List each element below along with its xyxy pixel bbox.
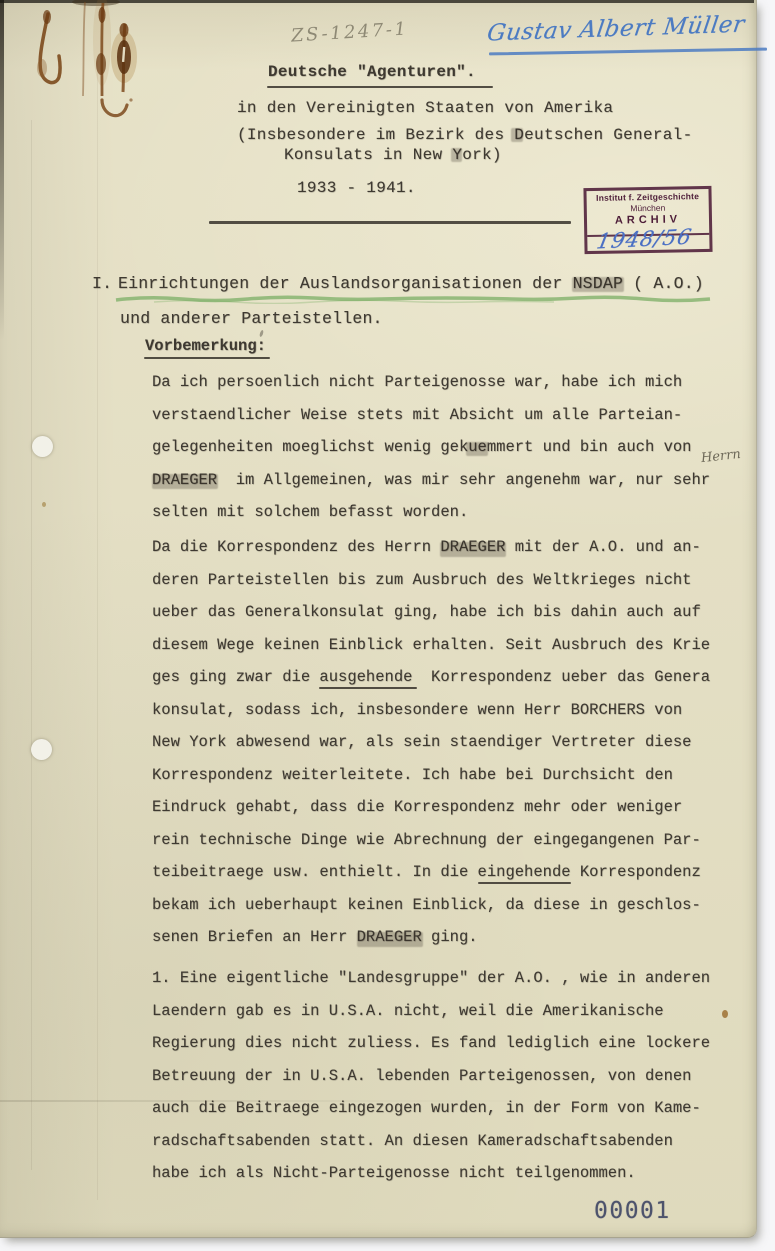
hole-punch-top	[32, 436, 53, 457]
paragraph-vorbemerkung-2: Da die Korrespondenz des Herrn DRAEGER m…	[152, 531, 710, 954]
stamp-line-institute: Institut f. Zeitgeschichte	[587, 191, 709, 203]
page-number-stamp: 00001	[594, 1198, 671, 1224]
paper-left-edge-shadow	[0, 0, 4, 340]
green-underline	[114, 294, 712, 304]
section-heading-line2: und anderer Parteistellen.	[120, 311, 383, 328]
date-range: 1933 - 1941.	[297, 180, 416, 196]
section-subheading: Vorbemerkung:	[145, 339, 266, 355]
paragraph-vorbemerkung-1: Da ich persoenlich nicht Parteigenosse w…	[152, 366, 710, 529]
archive-stamp: Institut f. Zeitgeschichte München ARCHI…	[583, 186, 712, 254]
title-underline	[267, 86, 493, 88]
paragraph-item-1: 1. Eine eigentliche "Landesgruppe" der A…	[152, 962, 710, 1190]
overstrike-smudge-gekuemmert	[466, 442, 488, 456]
fold-crease-vertical-2	[97, 60, 98, 1200]
title-divider-line	[209, 221, 571, 224]
overstrike-smudge-york	[451, 148, 462, 162]
subheading-underline	[144, 357, 270, 359]
stamp-line-city: München	[587, 202, 709, 214]
document-subtitle-line3: Konsulats in New York)	[284, 147, 502, 163]
overstrike-smudge-nsdap	[572, 277, 624, 292]
fold-crease-vertical-1	[31, 120, 32, 1170]
document-subtitle-line2: (Insbesondere im Bezirk des Deutschen Ge…	[237, 127, 692, 143]
section-numeral: I.	[92, 276, 112, 293]
scanned-document-page: ZS-1247-1 Gustav Albert Müller Deutsche …	[0, 0, 775, 1251]
underline-ausgehende	[319, 687, 417, 689]
hole-punch-bottom	[31, 739, 52, 760]
overstrike-smudge-draeger-3	[357, 932, 423, 947]
overstrike-smudge-deutschen	[511, 128, 523, 142]
overstrike-smudge-draeger-1	[152, 474, 218, 489]
paperclip-rust-stain	[28, 0, 140, 132]
document-subtitle-line1: in den Vereinigten Staaten von Amerika	[237, 100, 613, 116]
stain-speck-2	[42, 502, 46, 507]
stamp-shelfmark: 1948/56	[576, 224, 712, 255]
overstrike-smudge-draeger-2	[440, 542, 506, 557]
stain-speck-1	[722, 1010, 728, 1018]
underline-eingehende	[478, 882, 571, 884]
document-title: Deutsche "Agenturen".	[268, 64, 476, 80]
